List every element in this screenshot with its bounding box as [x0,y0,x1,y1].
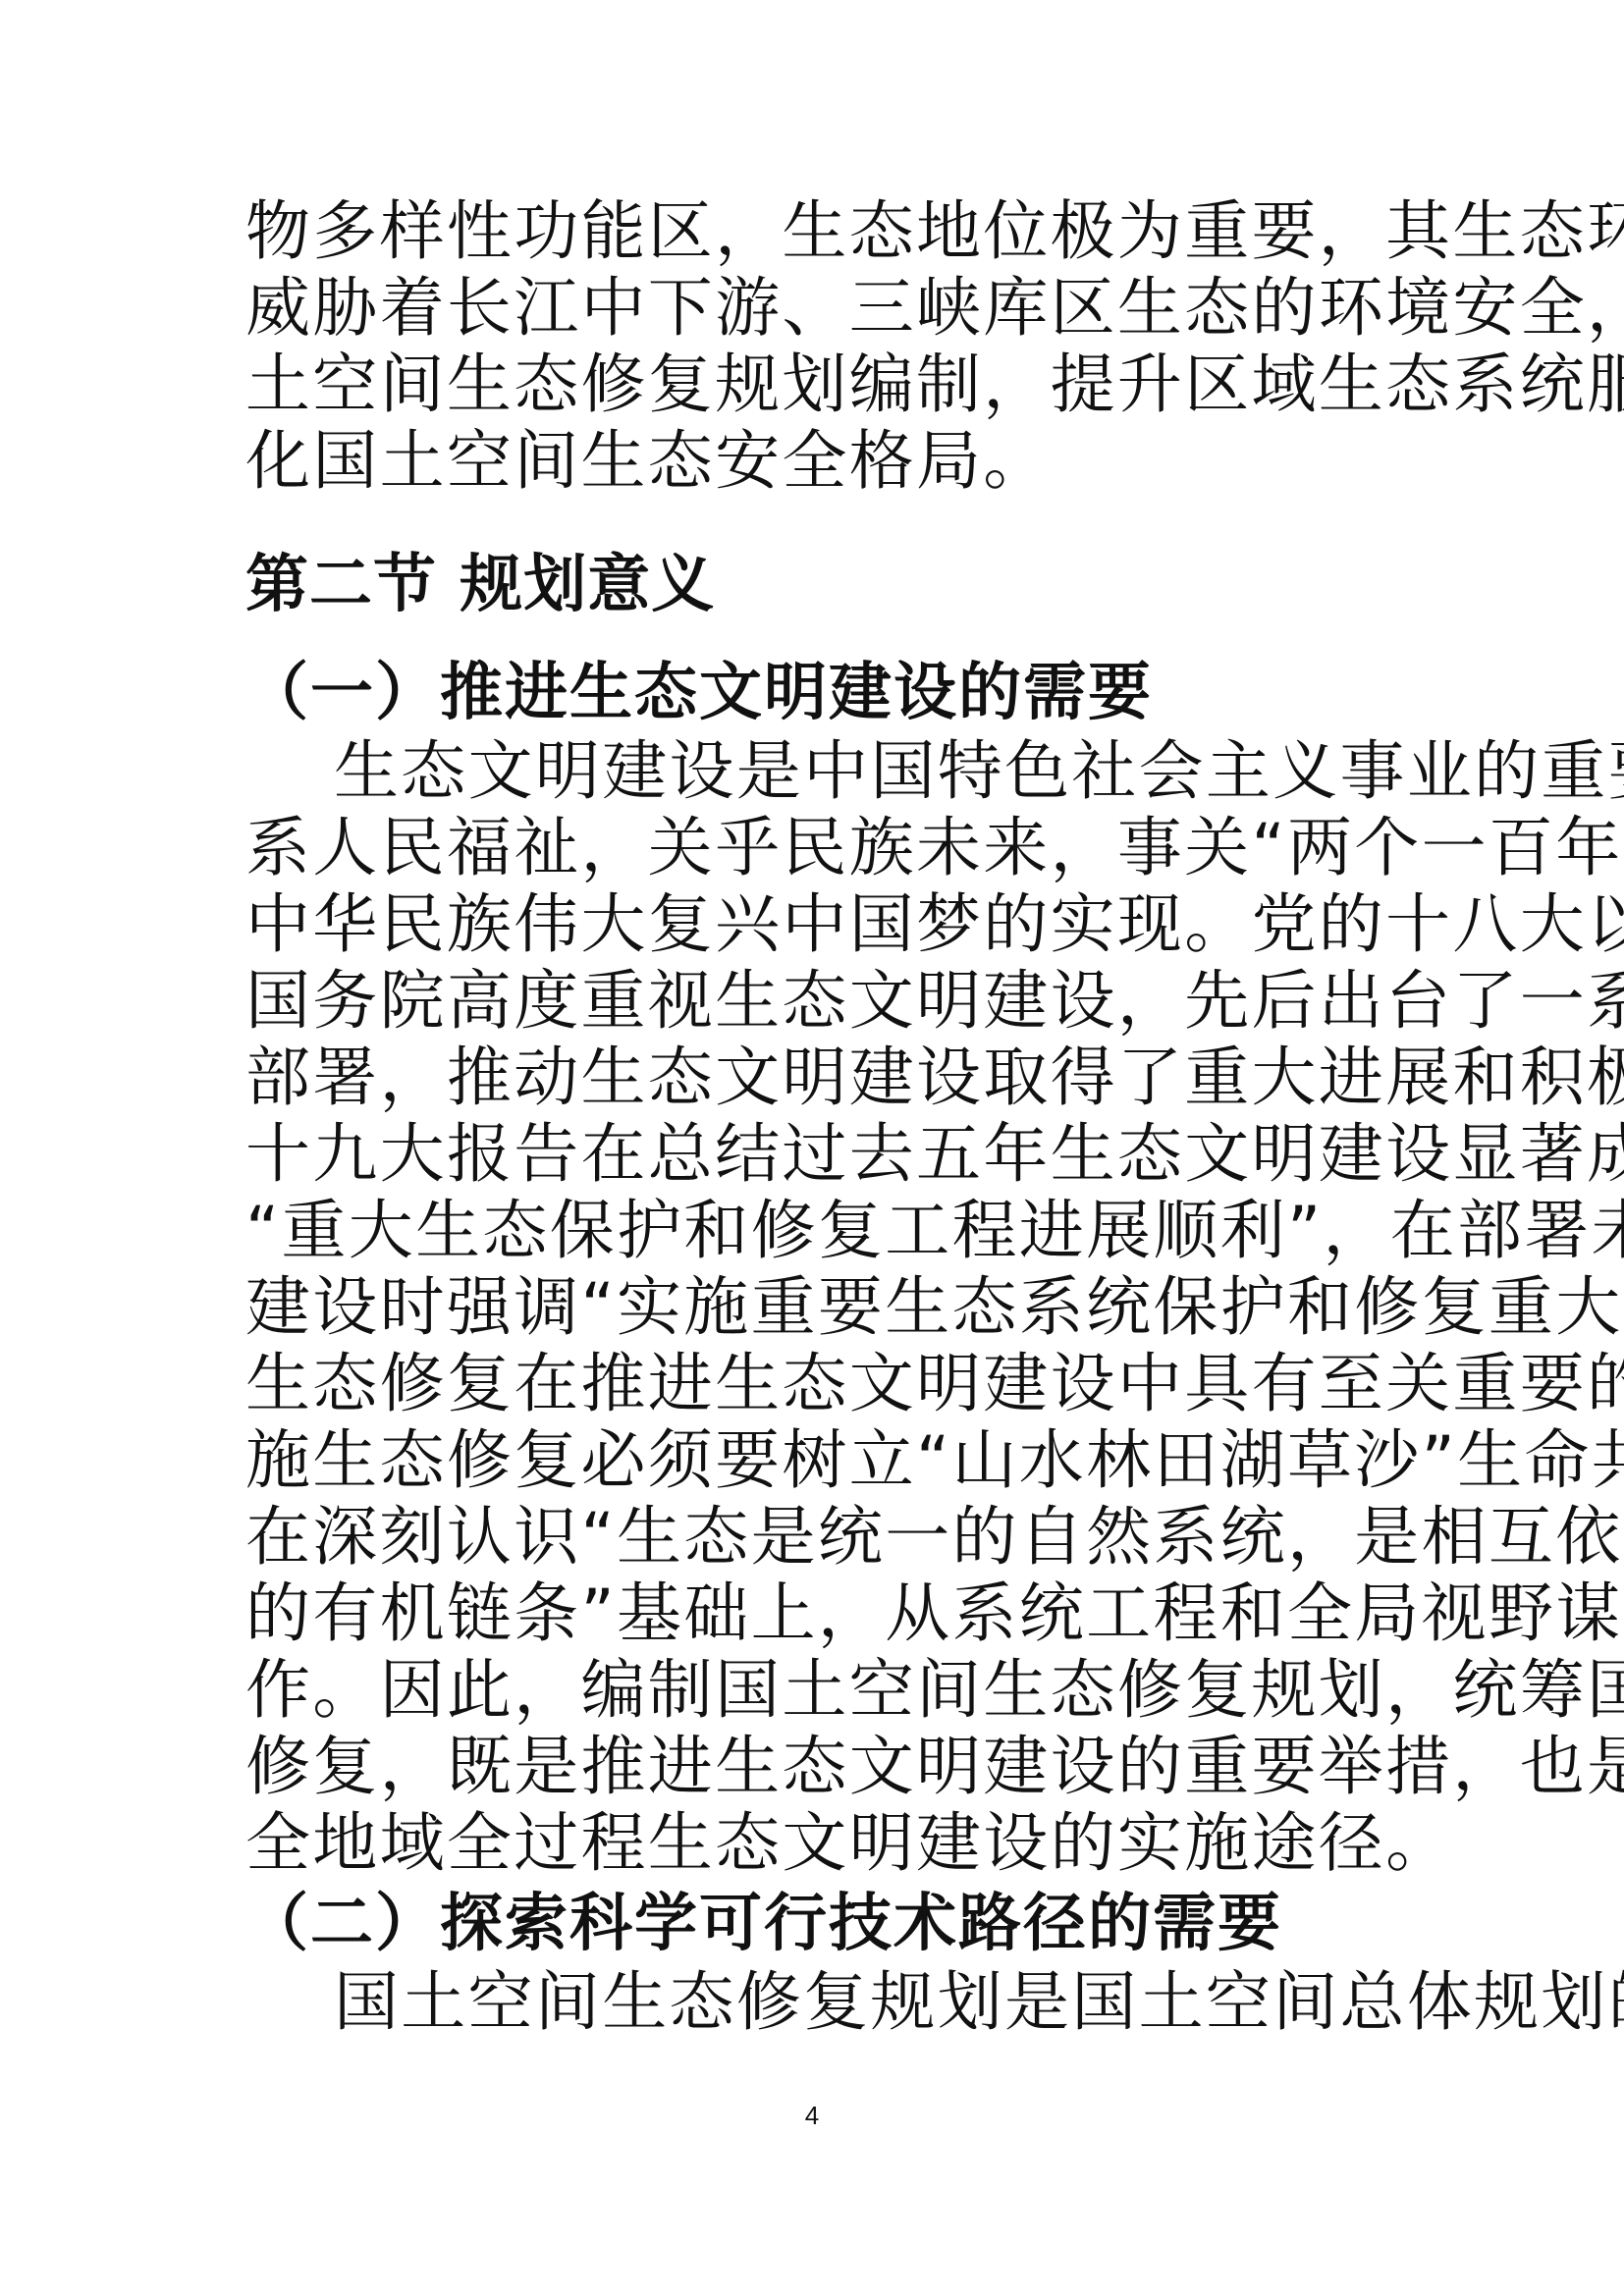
paragraph-line: 物多样性功能区，生态地位极为重要，其生态环境问题直接 [245,192,1386,271]
section-title: 第二节 规划意义 [245,546,1386,624]
paragraph-line: 化国土空间生态安全格局。 [245,422,1386,501]
paragraph-line: 系人民福祉，关乎民族未来，事关“两个一百年”奋斗目标和 [245,809,1386,887]
paragraph-line: “重大生态保护和修复工程进展顺利”，在部署未来生态文明 [245,1192,1386,1270]
paragraph-line: 生态文明建设是中国特色社会主义事业的重要内容，关 [334,732,1386,811]
paragraph-line: 在深刻认识“生态是统一的自然系统，是相互依存、紧密联系 [245,1498,1386,1576]
paragraph-line: 的有机链条”基础上，从系统工程和全局视野谋划生态修复工 [245,1575,1386,1653]
paragraph-line: 部署，推动生态文明建设取得了重大进展和积极成效。党的 [245,1039,1386,1117]
subsection-title: （一）推进生态文明建设的需要 [245,654,1386,732]
paragraph-line: 十九大报告在总结过去五年生态文明建设显著成效时指出 [245,1115,1386,1194]
paragraph-line: 国土空间生态修复规划是国土空间总体规划的重大专 [334,1963,1386,2042]
paragraph-line: 威胁着长江中下游、三峡库区生态的环境安全，亟待开展国 [245,269,1386,347]
page-number: 4 [0,2101,1624,2131]
paragraph-line: 全地域全过程生态文明建设的实施途径。 [245,1804,1386,1883]
paragraph-line: 中华民族伟大复兴中国梦的实现。党的十八大以来，党中央、 [245,885,1386,964]
paragraph-line: 作。因此，编制国土空间生态修复规划，统筹国土空间生态 [245,1651,1386,1730]
paragraph-line: 国务院高度重视生态文明建设，先后出台了一系列重大决策 [245,962,1386,1041]
document-page: 物多样性功能区，生态地位极为重要，其生态环境问题直接 威胁着长江中下游、三峡库区… [0,0,1624,2296]
paragraph-line: 建设时强调“实施重要生态系统保护和修复重大工程”，可见， [245,1268,1386,1347]
paragraph-line: 土空间生态修复规划编制，提升区域生态系统服务功能，优 [245,346,1386,424]
paragraph-line: 修复，既是推进生态文明建设的重要举措，也是探索全方位 [245,1728,1386,1806]
paragraph-line: 生态修复在推进生态文明建设中具有至关重要的作用。而实 [245,1345,1386,1423]
paragraph-line: 施生态修复必须要树立“山水林田湖草沙”生命共同体理念， [245,1421,1386,1500]
subsection-title: （二）探索科学可行技术路径的需要 [245,1885,1386,1963]
